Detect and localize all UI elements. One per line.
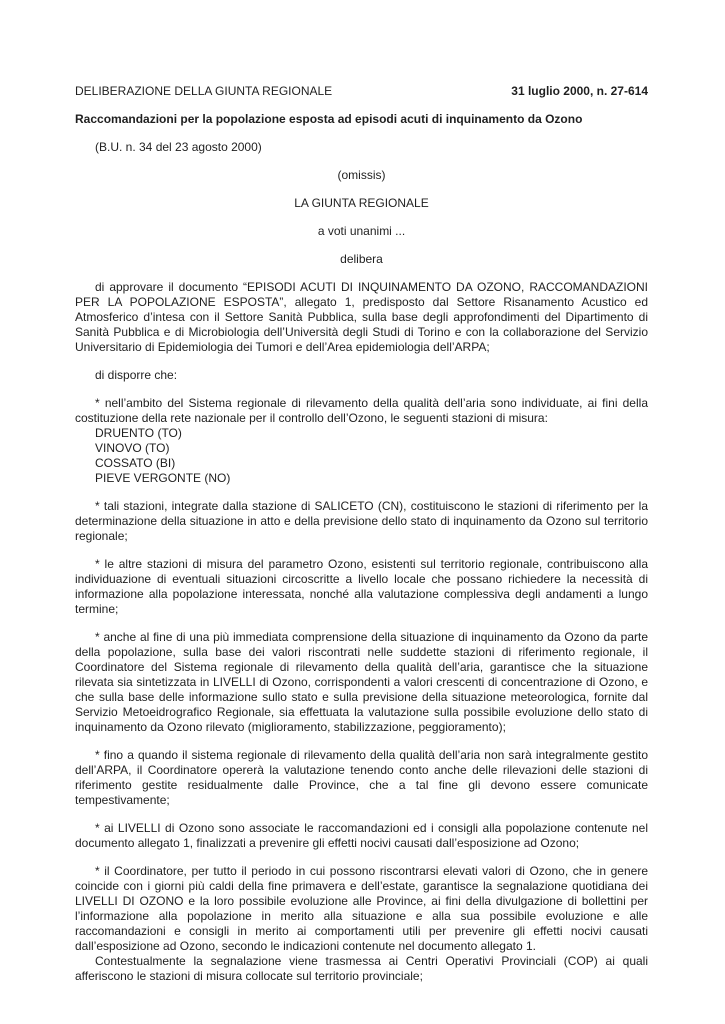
bullet-other-stations: * le altre stazioni di misura del parame… [75, 557, 648, 617]
omissis-marker: (omissis) [75, 168, 648, 183]
bullet-daily-notification: * il Coordinatore, per tutto il periodo … [75, 864, 648, 954]
document-subject: Raccomandazioni per la popolazione espos… [75, 112, 648, 127]
bullet-reference-stations: * tali stazioni, integrate dalla stazion… [75, 499, 648, 544]
voting-line: a voti unanimi ... [75, 224, 648, 239]
bullet-arpa-transition: * fino a quando il sistema regionale di … [75, 748, 648, 808]
bullet-ozone-levels-synthesis: * anche al fine di una più immediata com… [75, 630, 648, 735]
document-page: DELIBERAZIONE DELLA GIUNTA REGIONALE 31 … [0, 0, 725, 1024]
issuing-body-line: LA GIUNTA REGIONALE [75, 196, 648, 211]
bulletin-reference: (B.U. n. 34 del 23 agosto 2000) [95, 140, 648, 155]
bullet-recommendations-levels: * ai LIVELLI di Ozono sono associate le … [75, 821, 648, 851]
stations-list: DRUENTO (TO) VINOVO (TO) COSSATO (BI) PI… [95, 426, 648, 486]
document-header: DELIBERAZIONE DELLA GIUNTA REGIONALE 31 … [75, 84, 648, 99]
station-item-pieve-vergonte: PIEVE VERGONTE (NO) [95, 471, 648, 486]
station-item-cossato: COSSATO (BI) [95, 456, 648, 471]
station-item-druento: DRUENTO (TO) [95, 426, 648, 441]
bullet-monitoring-stations: * nell’ambito del Sistema regionale di r… [75, 396, 648, 426]
station-item-vinovo: VINOVO (TO) [95, 441, 648, 456]
paragraph-approval: di approvare il documento “EPISODI ACUTI… [75, 280, 648, 355]
paragraph-disposition-intro: di disporre che: [75, 368, 648, 383]
paragraph-cop-transmission: Contestualmente la segnalazione viene tr… [75, 954, 648, 984]
document-date-number: 31 luglio 2000, n. 27-614 [511, 84, 648, 99]
document-type-label: DELIBERAZIONE DELLA GIUNTA REGIONALE [75, 84, 332, 99]
delibera-line: delibera [75, 252, 648, 267]
